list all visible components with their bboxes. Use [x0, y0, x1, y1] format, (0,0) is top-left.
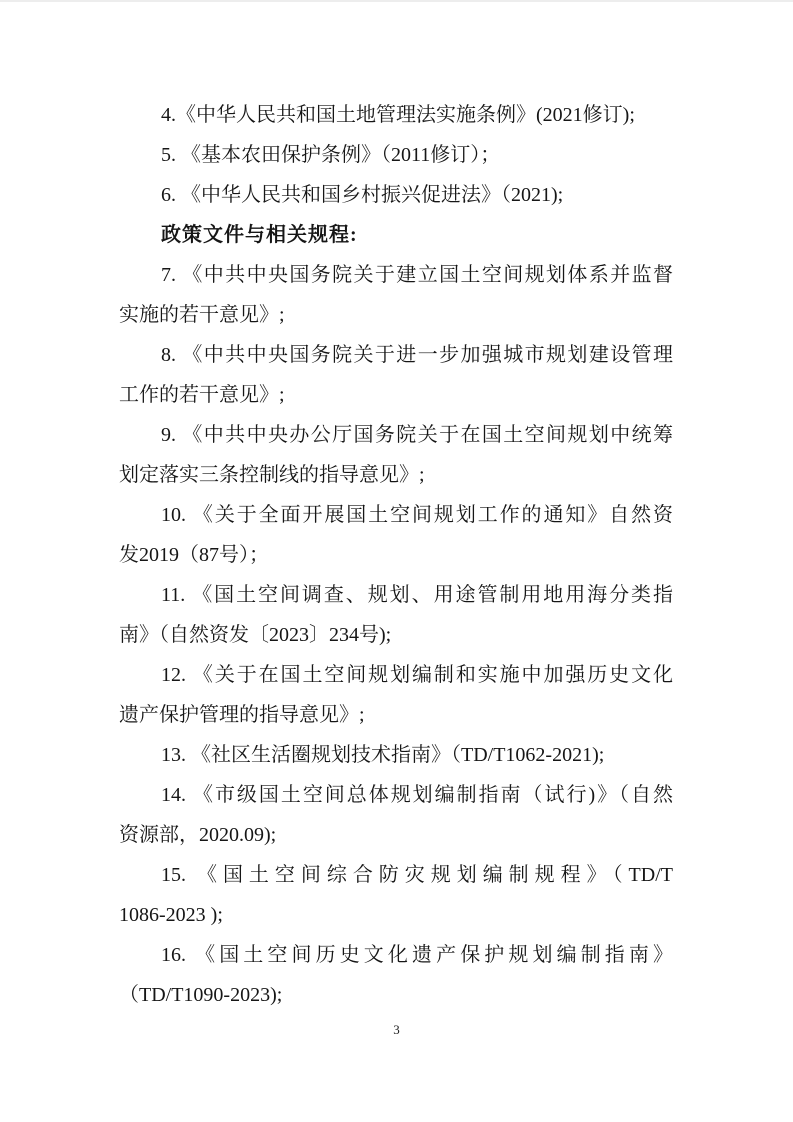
- text-line: 政策文件与相关规程:: [119, 215, 673, 255]
- text-line: 10. 《关于全面开展国土空间规划工作的通知》自然资: [119, 495, 673, 535]
- text-line: 7. 《中共中央国务院关于建立国土空间规划体系并监督: [119, 255, 673, 295]
- text-line: 1086-2023 );: [119, 895, 673, 935]
- text-line: 6. 《中华人民共和国乡村振兴促进法》（2021);: [119, 175, 673, 215]
- reference-item-14: 14. 《市级国土空间总体规划编制指南（试行)》（自然 资源部，2020.09)…: [119, 775, 673, 855]
- reference-item-12: 12. 《关于在国土空间规划编制和实施中加强历史文化 遗产保护管理的指导意见》;: [119, 655, 673, 735]
- page-number: 3: [0, 1020, 793, 1040]
- text-line: 划定落实三条控制线的指导意见》;: [119, 455, 673, 495]
- text-line: 南》（自然资发〔2023〕234号);: [119, 615, 673, 655]
- document-body: 4.《中华人民共和国土地管理法实施条例》(2021修订); 5. 《基本农田保护…: [119, 95, 673, 1015]
- reference-item-5: 5. 《基本农田保护条例》（2011修订）；: [119, 135, 673, 175]
- section-heading: 政策文件与相关规程:: [119, 215, 673, 255]
- text-line: 12. 《关于在国土空间规划编制和实施中加强历史文化: [119, 655, 673, 695]
- text-line: 工作的若干意见》;: [119, 375, 673, 415]
- reference-item-6: 6. 《中华人民共和国乡村振兴促进法》（2021);: [119, 175, 673, 215]
- text-line: 资源部，2020.09);: [119, 815, 673, 855]
- text-line: 11. 《国土空间调查、规划、用途管制用地用海分类指: [119, 575, 673, 615]
- reference-item-13: 13. 《社区生活圈规划技术指南》（TD/T1062-2021);: [119, 735, 673, 775]
- text-line: 4.《中华人民共和国土地管理法实施条例》(2021修订);: [119, 95, 673, 135]
- text-line: 13. 《社区生活圈规划技术指南》（TD/T1062-2021);: [119, 735, 673, 775]
- text-line: 发2019（87号）；: [119, 535, 673, 575]
- text-line: （TD/T1090-2023);: [119, 975, 673, 1015]
- text-line: 14. 《市级国土空间总体规划编制指南（试行)》（自然: [119, 775, 673, 815]
- reference-item-9: 9. 《中共中央办公厅国务院关于在国土空间规划中统筹 划定落实三条控制线的指导意…: [119, 415, 673, 495]
- text-line: 遗产保护管理的指导意见》;: [119, 695, 673, 735]
- reference-item-16: 16. 《国土空间历史文化遗产保护规划编制指南》 （TD/T1090-2023)…: [119, 935, 673, 1015]
- reference-item-15: 15. 《国土空间综合防灾规划编制规程》（TD/T 1086-2023 );: [119, 855, 673, 935]
- text-line: 8. 《中共中央国务院关于进一步加强城市规划建设管理: [119, 335, 673, 375]
- reference-item-11: 11. 《国土空间调查、规划、用途管制用地用海分类指 南》（自然资发〔2023〕…: [119, 575, 673, 655]
- text-line: 15. 《国土空间综合防灾规划编制规程》（TD/T: [119, 855, 673, 895]
- text-line: 实施的若干意见》;: [119, 295, 673, 335]
- page-top-edge: [0, 0, 793, 2]
- reference-item-4: 4.《中华人民共和国土地管理法实施条例》(2021修订);: [119, 95, 673, 135]
- text-line: 9. 《中共中央办公厅国务院关于在国土空间规划中统筹: [119, 415, 673, 455]
- text-line: 16. 《国土空间历史文化遗产保护规划编制指南》: [119, 935, 673, 975]
- text-line: 5. 《基本农田保护条例》（2011修订）；: [119, 135, 673, 175]
- reference-item-7: 7. 《中共中央国务院关于建立国土空间规划体系并监督 实施的若干意见》;: [119, 255, 673, 335]
- reference-item-8: 8. 《中共中央国务院关于进一步加强城市规划建设管理 工作的若干意见》;: [119, 335, 673, 415]
- reference-item-10: 10. 《关于全面开展国土空间规划工作的通知》自然资 发2019（87号）；: [119, 495, 673, 575]
- document-page: 4.《中华人民共和国土地管理法实施条例》(2021修订); 5. 《基本农田保护…: [0, 0, 793, 1122]
